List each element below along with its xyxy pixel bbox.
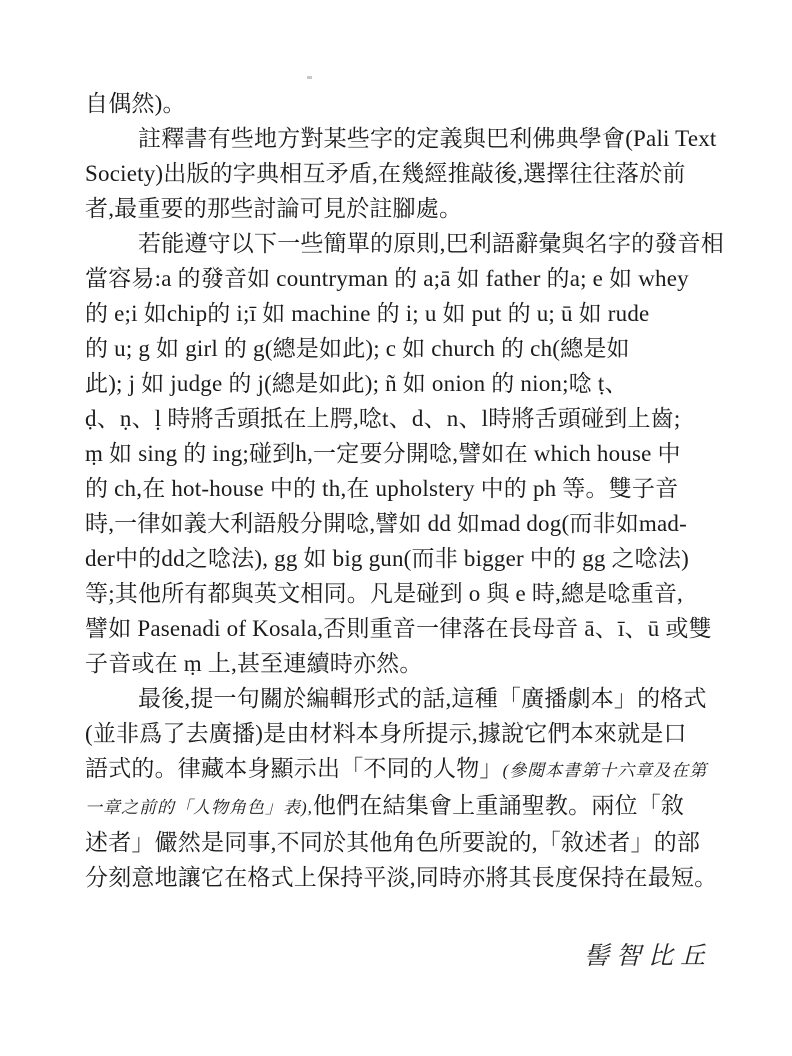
text-segment: ṃ 如 sing 的 ing;碰到h,一定要分開唸,譬如在 which hous… <box>85 441 681 466</box>
text-segment: 此); j 如 judge 的 j(總是如此); ñ 如 onion 的 nio… <box>85 371 628 396</box>
scan-artifact-dot <box>307 76 312 79</box>
text-segment: der中的dd之唸法), gg 如 big gun(而非 bigger 中的 g… <box>85 546 689 571</box>
text-segment: 註釋書有些地方對某些字的定義與巴利佛典學會(Pali Text <box>138 126 717 151</box>
text-segment: Society)出版的字典相互矛盾,在幾經推敲後,選擇往往落於前 <box>85 161 686 186</box>
author-signature: 髻智比丘 <box>0 936 712 972</box>
text-segment: 譬如 Pasenadi of Kosala,否則重音一律落在長母音 ā、ī、ū … <box>85 616 712 641</box>
text-line: (並非爲了去廣播)是由材料本身所提示,據說它們本來就是口 <box>85 716 717 751</box>
text-line: ḍ、ṇ、ḷ 時將舌頭抵在上腭,唸t、d、n、l時將舌頭碰到上齒; <box>85 401 717 436</box>
text-line: der中的dd之唸法), gg 如 big gun(而非 bigger 中的 g… <box>85 541 717 576</box>
text-line: 自偶然)。 <box>85 86 717 121</box>
text-segment: 時,一律如義大利語般分開唸,譬如 dd 如mad dog(而非如mad- <box>85 511 687 536</box>
text-segment: (並非爲了去廣播)是由材料本身所提示,據說它們本來就是口 <box>85 721 687 746</box>
text-line: 若能遵守以下一些簡單的原則,巴利語辭彙與名字的發音相 <box>85 226 717 261</box>
text-segment: 自偶然)。 <box>85 91 186 116</box>
text-line: 時,一律如義大利語般分開唸,譬如 dd 如mad dog(而非如mad- <box>85 506 717 541</box>
text-line: 註釋書有些地方對某些字的定義與巴利佛典學會(Pali Text <box>85 121 717 156</box>
text-segment: 最後,提一句關於編輯形式的話,這種「廣播劇本」的格式 <box>138 686 707 711</box>
text-line: 當容易:a 的發音如 countryman 的 a;ā 如 father 的a;… <box>85 261 717 296</box>
text-line: 語式的。律藏本身顯示出「不同的人物」(參閱本書第十六章及在第 <box>85 751 717 788</box>
text-line: ṃ 如 sing 的 ing;碰到h,一定要分開唸,譬如在 which hous… <box>85 436 717 471</box>
text-line: 一章之前的「人物角色」表),他們在結集會上重誦聖教。兩位「敘 <box>85 788 717 825</box>
text-segment: 分刻意地讓它在格式上保持平淡,同時亦將其長度保持在最短。 <box>85 865 717 890</box>
body-text: 自偶然)。註釋書有些地方對某些字的定義與巴利佛典學會(Pali TextSoci… <box>85 86 717 895</box>
text-line: 分刻意地讓它在格式上保持平淡,同時亦將其長度保持在最短。 <box>85 860 717 895</box>
text-segment: 語式的。律藏本身顯示出「不同的人物」 <box>85 756 503 781</box>
text-line: 的 e;i 如chip的 i;ī 如 machine 的 i; u 如 put … <box>85 296 717 331</box>
text-segment: 子音或在 ṃ 上,甚至連續時亦然。 <box>85 651 423 676</box>
text-line: 者,最重要的那些討論可見於註腳處。 <box>85 191 717 226</box>
text-segment: ḍ、ṇ、ḷ 時將舌頭抵在上腭,唸t、d、n、l時將舌頭碰到上齒; <box>85 406 680 431</box>
inline-annotation: 一章之前的「人物角色」表), <box>85 798 313 817</box>
text-segment: 的 ch,在 hot-house 中的 th,在 upholstery 中的 p… <box>85 476 678 501</box>
text-line: 等;其他所有都與英文相同。凡是碰到 o 與 e 時,總是唸重音, <box>85 576 717 611</box>
text-line: 子音或在 ṃ 上,甚至連續時亦然。 <box>85 646 717 681</box>
text-segment: 當容易:a 的發音如 countryman 的 a;ā 如 father 的a;… <box>85 266 689 291</box>
text-line: 譬如 Pasenadi of Kosala,否則重音一律落在長母音 ā、ī、ū … <box>85 611 717 646</box>
text-line: 最後,提一句關於編輯形式的話,這種「廣播劇本」的格式 <box>85 681 717 716</box>
text-segment: 的 e;i 如chip的 i;ī 如 machine 的 i; u 如 put … <box>85 301 649 326</box>
text-segment: 者,最重要的那些討論可見於註腳處。 <box>85 196 462 221</box>
text-line: 的 u; g 如 girl 的 g(總是如此); c 如 church 的 ch… <box>85 331 717 366</box>
scanned-book-page: 自偶然)。註釋書有些地方對某些字的定義與巴利佛典學會(Pali TextSoci… <box>0 0 792 1056</box>
text-line: 此); j 如 judge 的 j(總是如此); ñ 如 onion 的 nio… <box>85 366 717 401</box>
text-line: Society)出版的字典相互矛盾,在幾經推敲後,選擇往往落於前 <box>85 156 717 191</box>
text-line: 的 ch,在 hot-house 中的 th,在 upholstery 中的 p… <box>85 471 717 506</box>
text-segment: 若能遵守以下一些簡單的原則,巴利語辭彙與名字的發音相 <box>138 231 724 256</box>
text-segment: 的 u; g 如 girl 的 g(總是如此); c 如 church 的 ch… <box>85 336 630 361</box>
text-segment: 等;其他所有都與英文相同。凡是碰到 o 與 e 時,總是唸重音, <box>85 581 683 606</box>
text-line: 述者」儼然是同事,不同於其他角色所要說的,「敘述者」的部 <box>85 825 717 860</box>
text-segment: 他們在結集會上重誦聖教。兩位「敘 <box>313 793 684 818</box>
inline-annotation: (參閱本書第十六章及在第 <box>503 761 708 780</box>
text-segment: 述者」儼然是同事,不同於其他角色所要說的,「敘述者」的部 <box>85 830 700 855</box>
